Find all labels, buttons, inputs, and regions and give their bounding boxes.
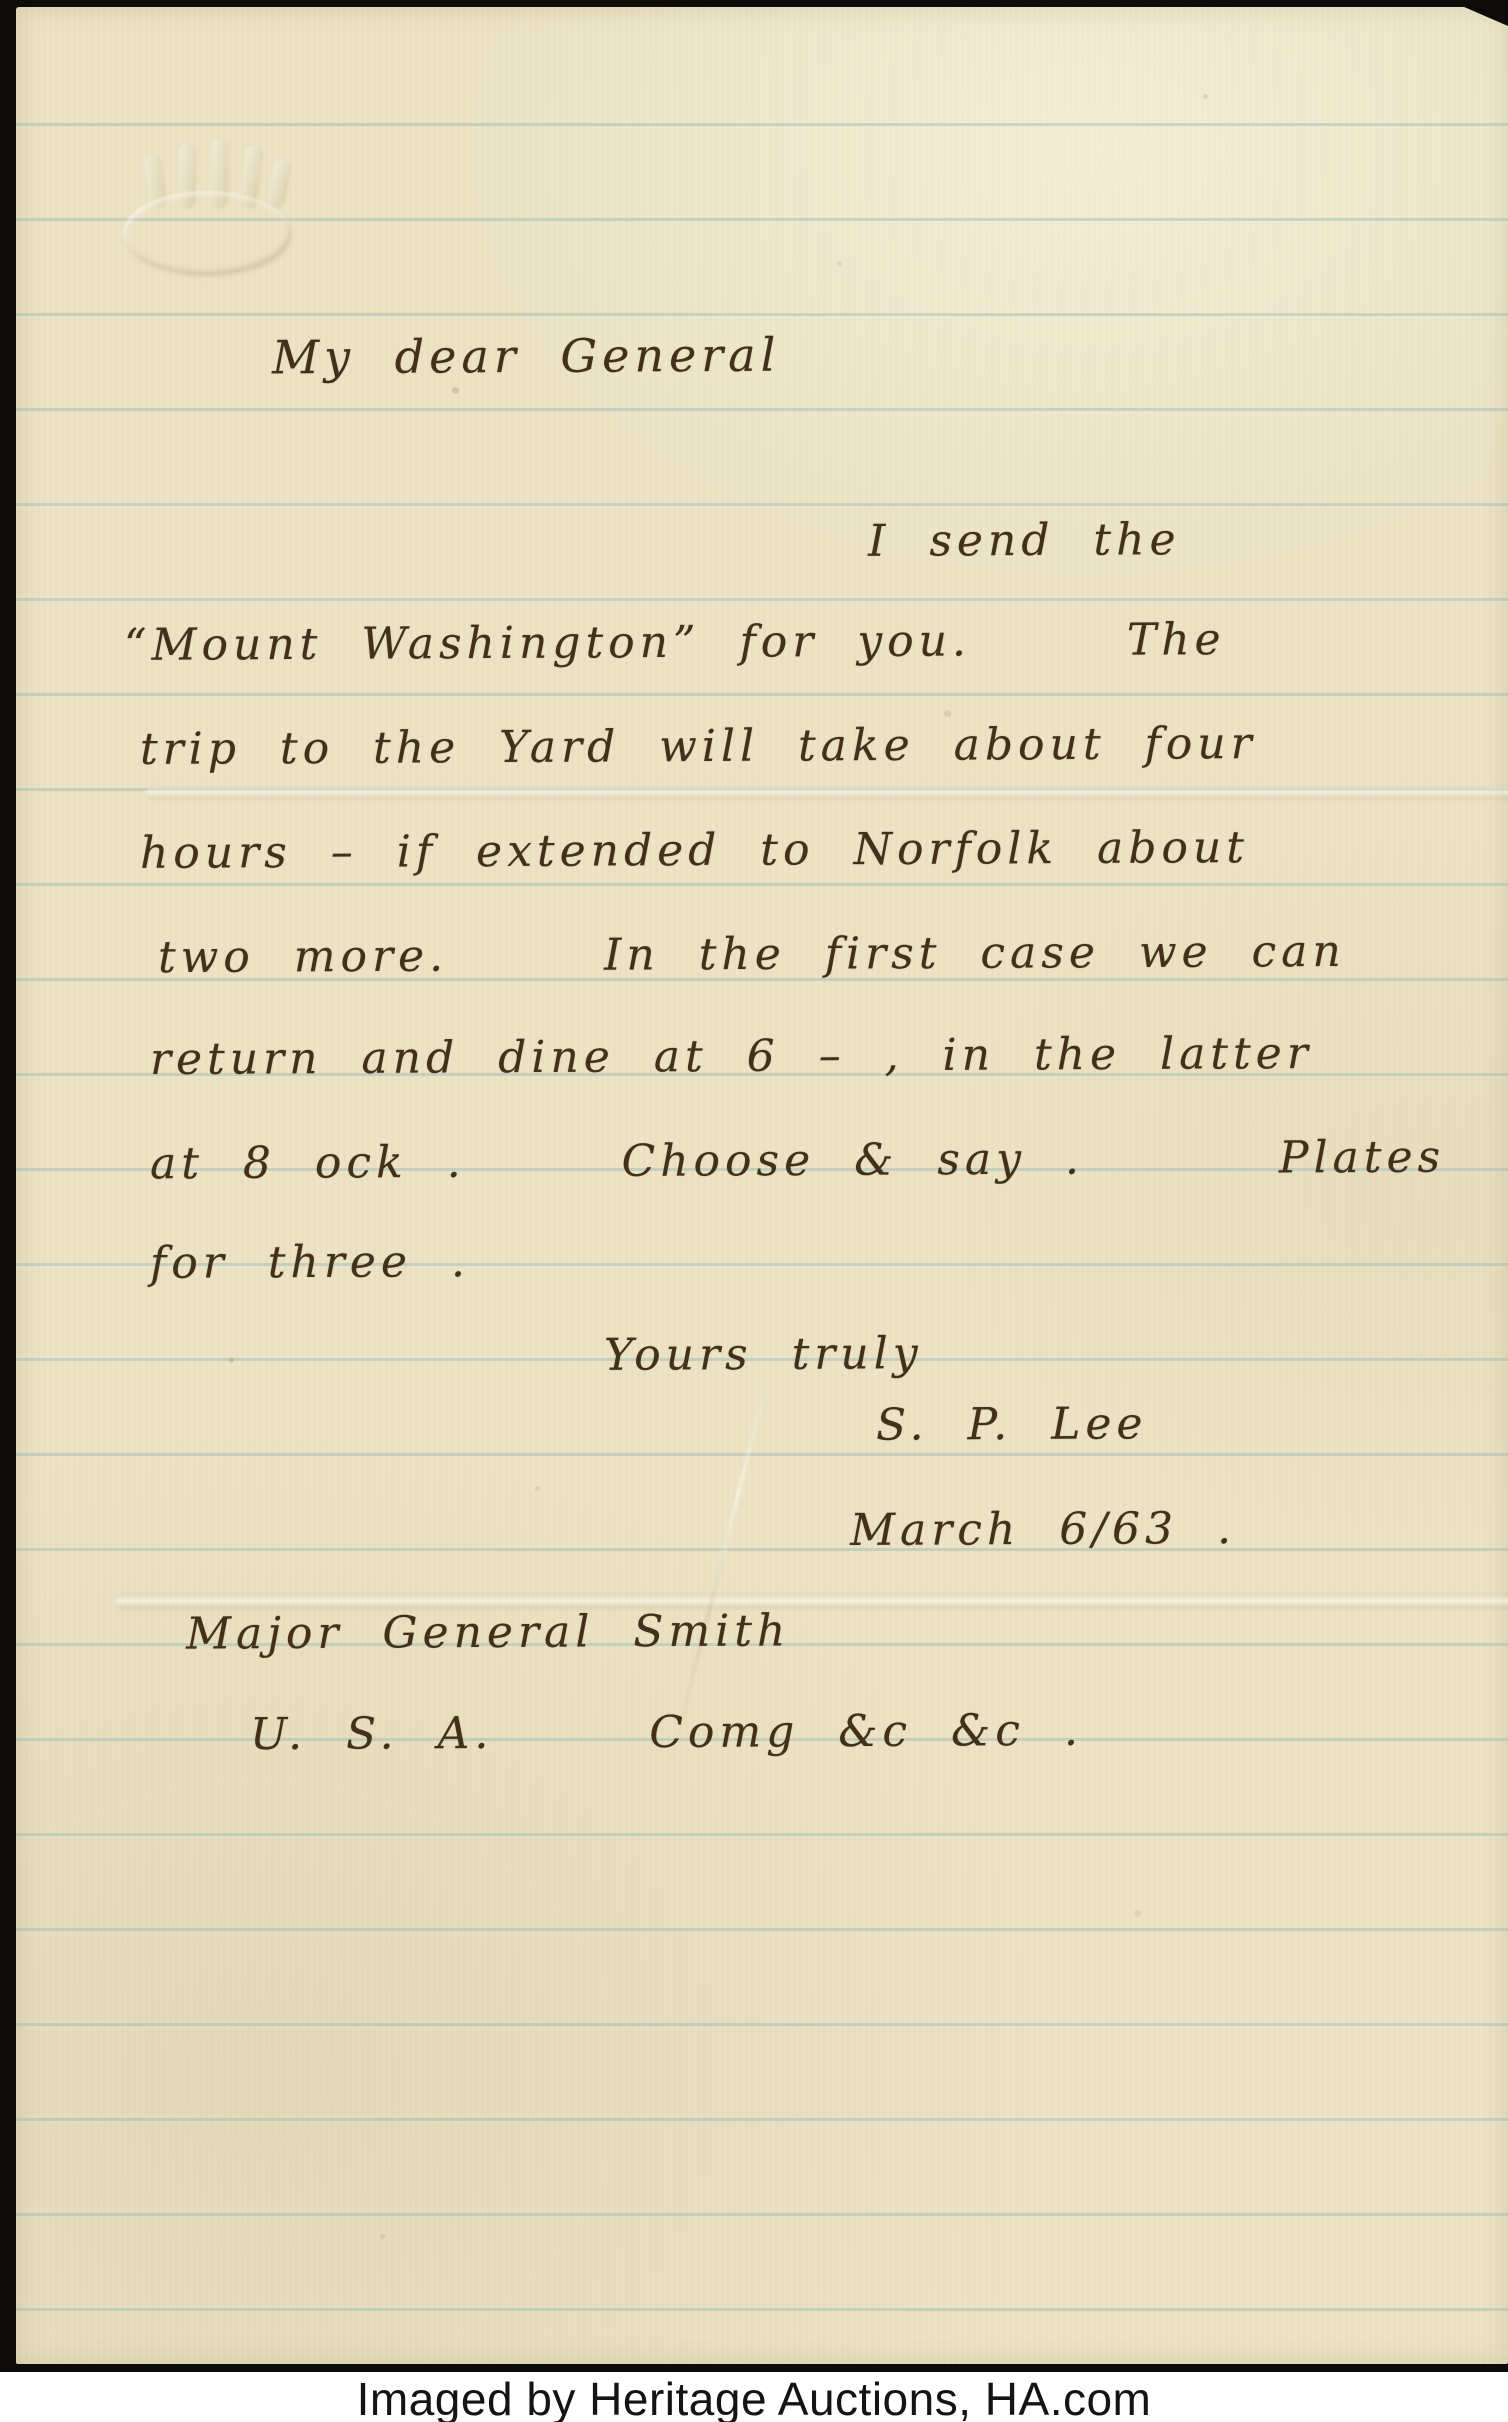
imaging-credit-bar: Imaged by Heritage Auctions, HA.com xyxy=(0,2372,1508,2422)
body-line-1: I send the xyxy=(868,515,1181,567)
embossed-seal-detail xyxy=(267,158,291,208)
scanned-letter-page: My dear General I send the “Mount Washin… xyxy=(0,0,1508,2422)
body-line-3: trip to the Yard will take about four xyxy=(140,719,1257,775)
date-line: March 6/63 . xyxy=(850,1504,1236,1557)
embossed-seal xyxy=(105,133,315,283)
recipient-line-1: Major General Smith xyxy=(186,1606,791,1660)
foxing-spots xyxy=(16,7,19,10)
recipient-line-2: U. S. A. Comg &c &c . xyxy=(250,1706,1083,1761)
closing: Yours truly xyxy=(604,1329,923,1381)
signature: S. P. Lee xyxy=(876,1399,1148,1451)
body-line-7: at 8 ock . Choose & say . Plates xyxy=(150,1133,1445,1190)
salutation: My dear General xyxy=(272,329,781,385)
paper-fold-crease xyxy=(146,785,1508,801)
embossed-seal-oval xyxy=(123,191,291,275)
body-line-8: for three . xyxy=(150,1237,470,1289)
body-line-5: two more. In the first case we can xyxy=(158,927,1346,984)
body-line-6: return and dine at 6 – , in the latter xyxy=(150,1029,1313,1086)
body-line-4: hours – if extended to Norfolk about xyxy=(140,823,1249,879)
imaging-credit-text: Imaged by Heritage Auctions, HA.com xyxy=(357,2376,1152,2422)
body-line-2: “Mount Washington” for you. The xyxy=(124,615,1226,671)
